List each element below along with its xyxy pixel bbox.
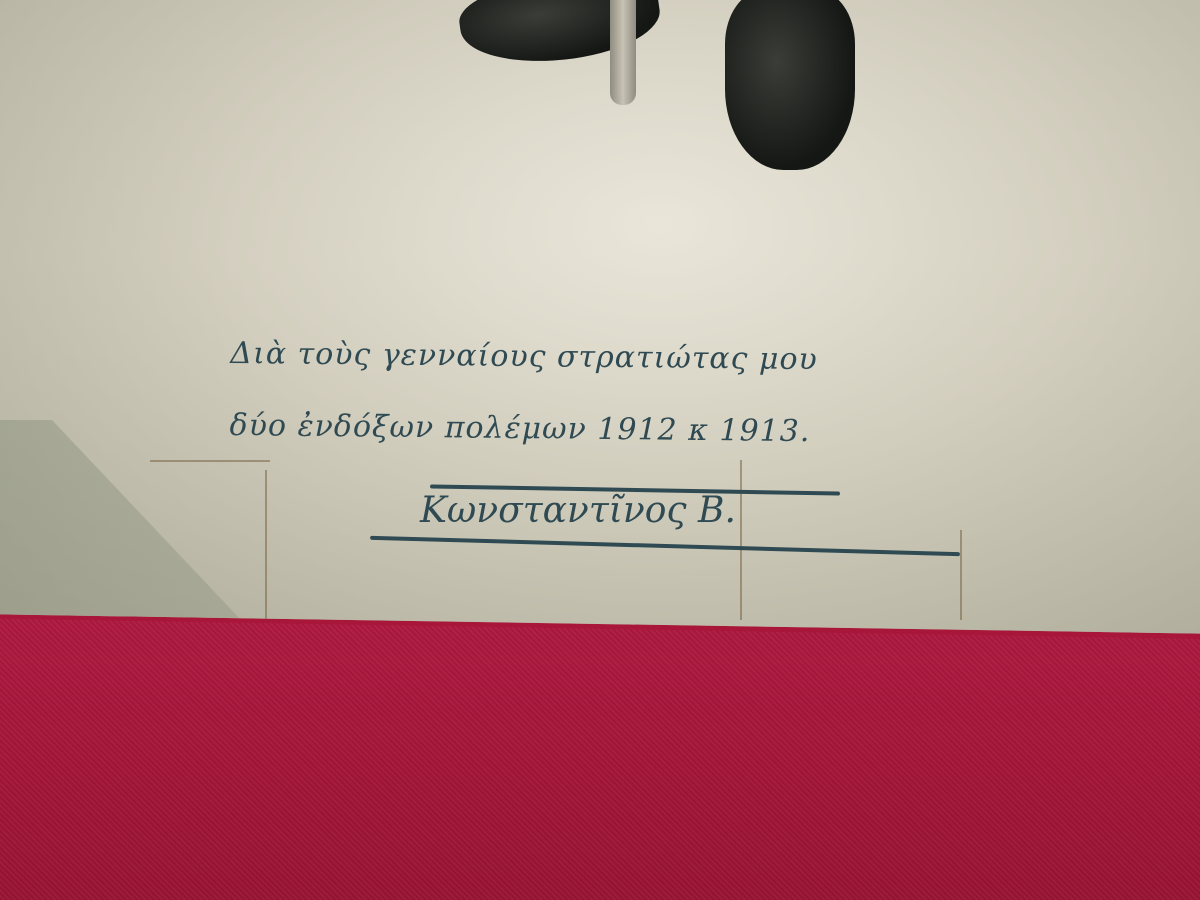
paper-crack: [960, 530, 962, 620]
signature-text: Κωνσταντῖνος Β.: [420, 490, 736, 531]
signature-underline: [370, 536, 960, 556]
old-signed-photograph: Διὰ τοὺς γενναίους στρατιώτας μου δύο ἐν…: [0, 0, 1200, 640]
inscription-line-1: Διὰ τοὺς γενναίους στρατιώτας μου: [230, 318, 991, 398]
red-fabric-background: [0, 610, 1200, 900]
right-boot: [725, 0, 855, 170]
paper-crack: [265, 470, 267, 620]
inscription-line-2: δύο ἐνδόξων πολέμων 1912 κ 1913.: [229, 390, 990, 470]
signature: Κωνσταντῖνος Β.: [370, 470, 960, 585]
handwritten-inscription: Διὰ τοὺς γενναίους στρατιώτας μου δύο ἐν…: [229, 318, 990, 470]
photograph-scene: Διὰ τοὺς γενναίους στρατιώτας μου δύο ἐν…: [0, 0, 1200, 900]
cane-tip: [610, 0, 636, 105]
